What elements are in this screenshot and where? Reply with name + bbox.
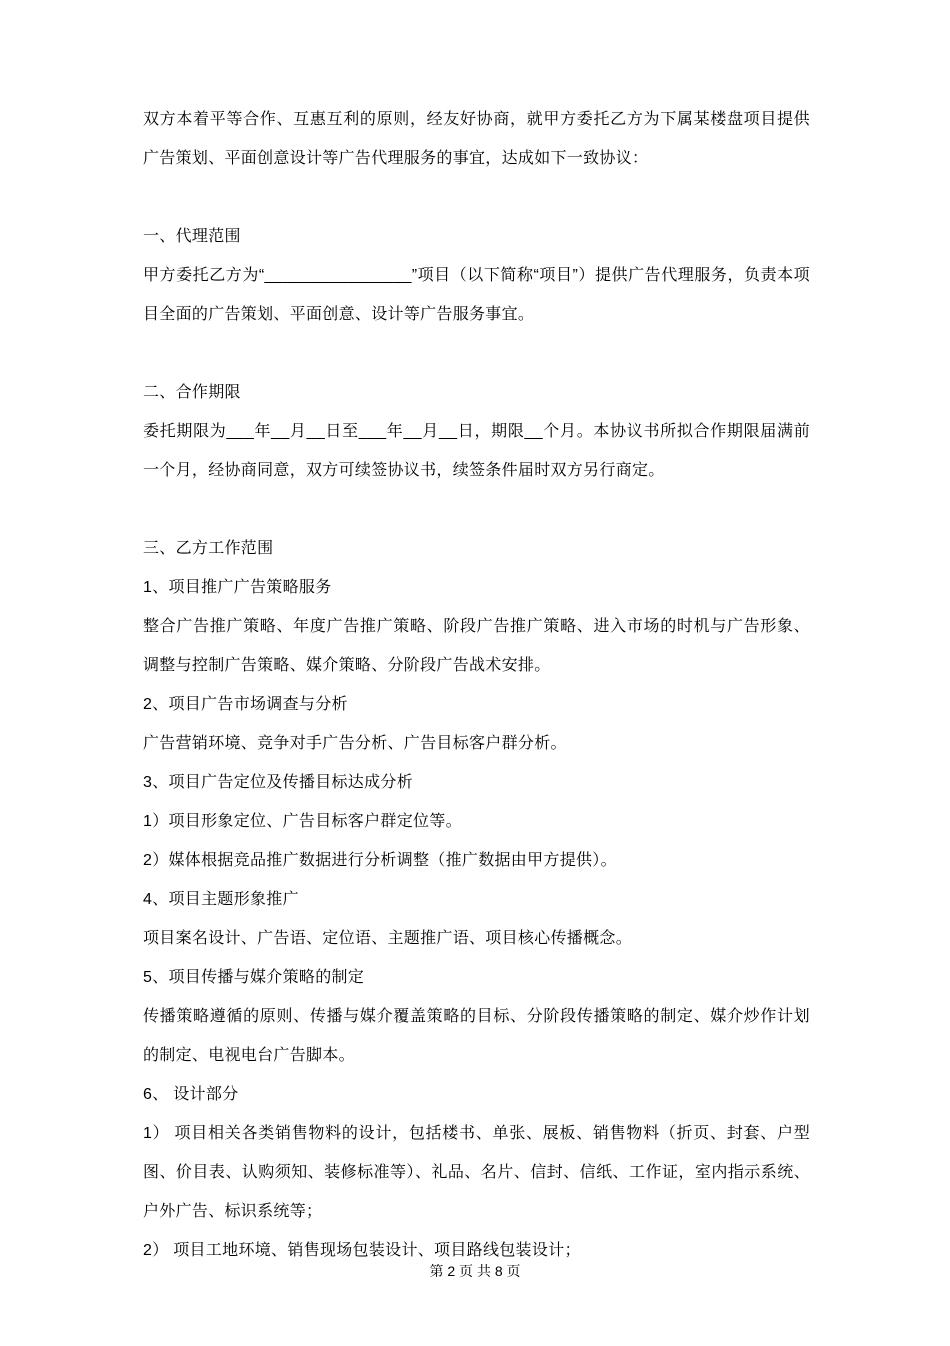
document-page: { "document": { "lines": [ "双方本着平等合作、互惠互… bbox=[0, 0, 950, 1346]
paragraph: 5、项目传播与媒介策略的制定 bbox=[143, 958, 810, 997]
paragraph: 二、合作期限 bbox=[143, 373, 810, 412]
paragraph: 三、乙方工作范围 bbox=[143, 529, 810, 568]
paragraph: 1） 项目相关各类销售物料的设计，包括楼书、单张、展板、销售物料（折页、封套、户… bbox=[143, 1114, 810, 1231]
paragraph: 甲方委托乙方为“________________”项目（以下简称“项目”）提供广… bbox=[143, 256, 810, 334]
paragraph: 双方本着平等合作、互惠互利的原则，经友好协商，就甲方委托乙方为下属某楼盘项目提供… bbox=[143, 100, 810, 178]
paragraph: 1）项目形象定位、广告目标客户群定位等。 bbox=[143, 802, 810, 841]
paragraph: 项目案名设计、广告语、定位语、主题推广语、项目核心传播概念。 bbox=[143, 919, 810, 958]
paragraph: 1、项目推广广告策略服务 bbox=[143, 568, 810, 607]
blank-line bbox=[143, 490, 810, 529]
paragraph: 一、代理范围 bbox=[143, 217, 810, 256]
document-body: 双方本着平等合作、互惠互利的原则，经友好协商，就甲方委托乙方为下属某楼盘项目提供… bbox=[143, 100, 810, 1270]
blank-line bbox=[143, 178, 810, 217]
paragraph: 广告营销环境、竞争对手广告分析、广告目标客户群分析。 bbox=[143, 724, 810, 763]
paragraph: 3、项目广告定位及传播目标达成分析 bbox=[143, 763, 810, 802]
paragraph: 整合广告推广策略、年度广告推广策略、阶段广告推广策略、进入市场的时机与广告形象、… bbox=[143, 607, 810, 685]
blank-line bbox=[143, 334, 810, 373]
paragraph: 4、项目主题形象推广 bbox=[143, 880, 810, 919]
paragraph: 2、项目广告市场调查与分析 bbox=[143, 685, 810, 724]
paragraph: 委托期限为___年__月__日至___年__月__日，期限__个月。本协议书所拟… bbox=[143, 412, 810, 490]
paragraph: 传播策略遵循的原则、传播与媒介覆盖策略的目标、分阶段传播策略的制定、媒介炒作计划… bbox=[143, 997, 810, 1075]
paragraph: 2）媒体根据竞品推广数据进行分析调整（推广数据由甲方提供）。 bbox=[143, 841, 810, 880]
paragraph: 6、 设计部分 bbox=[143, 1075, 810, 1114]
page-number-footer: 第 2 页 共 8 页 bbox=[0, 1260, 950, 1282]
